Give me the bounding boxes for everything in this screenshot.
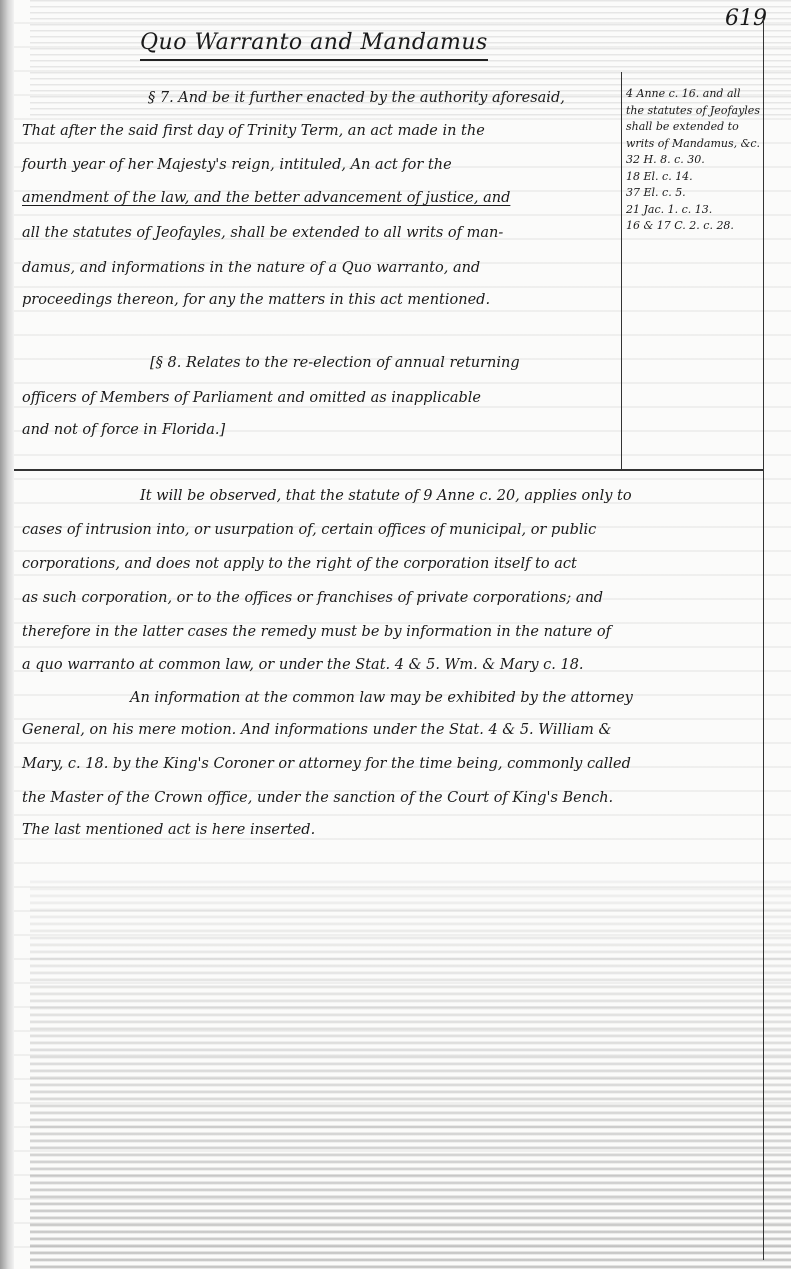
margin-note: 18 El. c. 14.: [626, 169, 776, 186]
margin-note: 16 & 17 C. 2. c. 28.: [626, 218, 776, 235]
margin-note: 37 El. c. 5.: [626, 185, 776, 202]
commentary-line: therefore in the latter cases the remedy…: [22, 624, 611, 640]
margin-note: shall be extended to: [626, 119, 776, 136]
margin-note: writs of Mandamus, &c.: [626, 136, 776, 153]
margin-rule-left: [621, 72, 622, 470]
margin-note: 21 Jac. 1. c. 13.: [626, 202, 776, 219]
margin-note: 4 Anne c. 16. and all: [626, 86, 776, 103]
margin-note: the statutes of Jeofayles: [626, 103, 776, 120]
section-7-line: all the statutes of Jeofayles, shall be …: [22, 225, 503, 241]
scan-noise-bottom: [30, 880, 791, 1269]
section-7-line: damus, and informations in the nature of…: [22, 260, 480, 276]
section-divider: [14, 469, 764, 471]
commentary-line: corporations, and does not apply to the …: [22, 556, 577, 572]
margin-notes: 4 Anne c. 16. and all the statutes of Je…: [626, 86, 776, 235]
section-7-line: § 7. And be it further enacted by the au…: [148, 90, 565, 106]
page-number: 619: [725, 6, 767, 31]
commentary-line: as such corporation, or to the offices o…: [22, 590, 603, 606]
section-7-line: proceedings thereon, for any the matters…: [22, 292, 490, 308]
commentary-line: the Master of the Crown office, under th…: [22, 790, 613, 806]
commentary-line: a quo warranto at common law, or under t…: [22, 657, 584, 673]
scan-edge: [0, 0, 14, 1269]
section-7-line: fourth year of her Majesty's reign, inti…: [22, 157, 452, 173]
margin-note: 32 H. 8. c. 30.: [626, 152, 776, 169]
commentary-line: The last mentioned act is here inserted.: [22, 822, 315, 838]
section-7-line: amendment of the law, and the better adv…: [22, 190, 510, 206]
commentary-line: An information at the common law may be …: [130, 690, 633, 706]
commentary-line: Mary, c. 18. by the King's Coroner or at…: [22, 756, 631, 772]
section-8-line: and not of force in Florida.]: [22, 422, 225, 438]
commentary-line: cases of intrusion into, or usurpation o…: [22, 522, 596, 538]
section-8-line: [§ 8. Relates to the re-election of annu…: [150, 355, 520, 371]
page-title: Quo Warranto and Mandamus: [140, 30, 488, 61]
document-page: 619 Quo Warranto and Mandamus 4 Anne c. …: [0, 0, 791, 1269]
commentary-line: It will be observed, that the statute of…: [140, 488, 632, 504]
section-7-line: That after the said first day of Trinity…: [22, 123, 485, 139]
section-8-line: officers of Members of Parliament and om…: [22, 390, 481, 406]
commentary-line: General, on his mere motion. And informa…: [22, 722, 611, 738]
